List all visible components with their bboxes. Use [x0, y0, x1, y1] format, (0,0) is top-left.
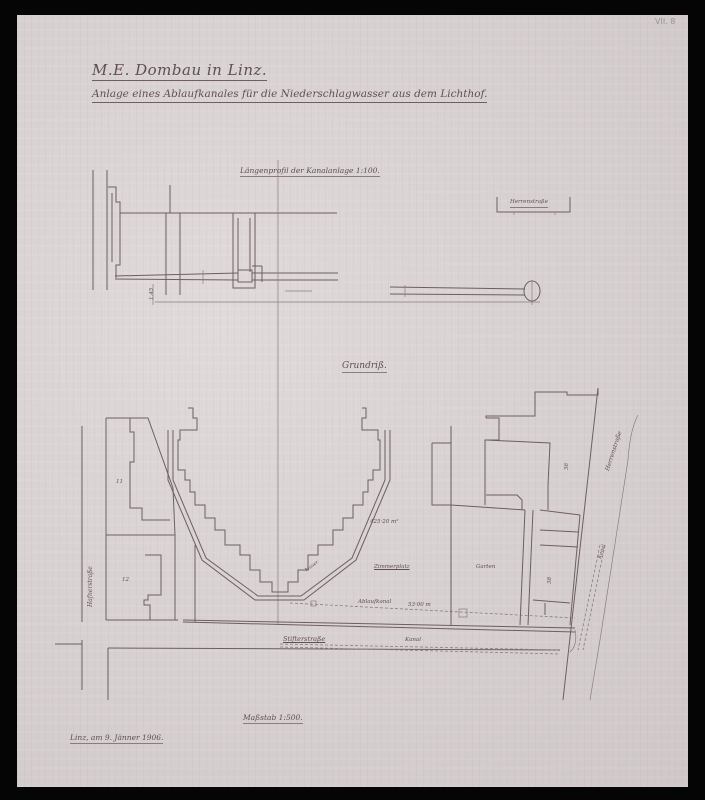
label-area-dimension: 425·20 m² — [370, 520, 398, 526]
label-house-11: 11 — [116, 480, 123, 486]
profile-heading: Längenprofil der Kanalanlage 1:100. — [240, 167, 380, 177]
place-date: Linz, am 9. Jänner 1906. — [70, 734, 163, 744]
label-drain-length: 53·00 m — [408, 603, 431, 609]
label-drain: Ablaufkanal — [358, 600, 391, 606]
profile-street-label: Herrenstraße — [510, 200, 548, 208]
ground-plan — [55, 160, 638, 700]
label-zimmerplatz: Zimmerplatz — [374, 565, 410, 571]
label-bottom-canal: Kanal — [405, 638, 421, 644]
label-house-38: 38 — [548, 577, 554, 584]
scale-label: Maßstab 1:500. — [243, 714, 303, 724]
technical-drawing — [0, 0, 705, 800]
longitudinal-profile — [93, 170, 570, 305]
label-house-36: 36 — [565, 463, 571, 470]
label-garden: Garten — [476, 565, 495, 571]
label-hafnerstrasse: Hafnerstraße — [88, 566, 94, 607]
profile-level-mark: 1.45 — [150, 288, 156, 300]
plan-heading: Grundriß. — [342, 362, 387, 373]
label-stifterstrasse: Stifterstraße — [283, 636, 325, 643]
label-house-12: 12 — [122, 578, 129, 584]
